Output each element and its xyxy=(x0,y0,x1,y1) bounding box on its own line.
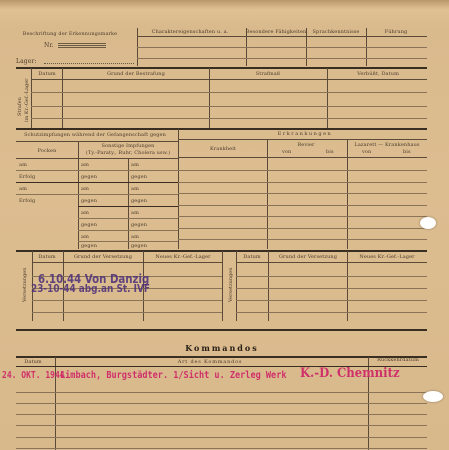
id-tag-label: Beschriftung der Erkennungsmarke xyxy=(23,31,117,37)
rule xyxy=(178,193,427,194)
rule xyxy=(137,36,427,37)
punch-hole xyxy=(420,217,436,229)
nr-line xyxy=(58,43,106,44)
rule xyxy=(16,425,427,426)
vaccinations-title: Schutzimpfungen während der Gefangenscha… xyxy=(24,132,166,138)
transfers-col-date: Datum xyxy=(38,254,55,260)
rule xyxy=(178,139,427,140)
header-col-character: Charaktereigenschaften u. a. xyxy=(152,29,229,35)
rule xyxy=(32,262,222,263)
rule xyxy=(178,216,427,217)
section-border xyxy=(16,356,427,358)
rule xyxy=(178,239,427,240)
punch-hole xyxy=(423,391,443,402)
vacc-cell: gegen xyxy=(81,198,97,204)
transfers-col-date-right: Datum xyxy=(243,254,260,260)
kommando-entry-text: Limbach, Burgstädter. 1/Sicht u. Zerleg … xyxy=(60,370,287,381)
vacc-cell: am xyxy=(81,210,89,216)
vacc-cell: Erfolg xyxy=(19,198,35,204)
rule xyxy=(78,230,178,231)
illnesses-col-illness: Krankheit xyxy=(210,146,236,152)
vaccinations-col-smallpox: Pocken xyxy=(38,148,57,154)
divider xyxy=(62,68,63,128)
section-border xyxy=(16,329,427,331)
divider xyxy=(267,139,268,249)
divider xyxy=(209,68,210,128)
vacc-cell: gegen xyxy=(131,222,147,228)
rule xyxy=(236,288,427,289)
punishments-side-label-2: im Kr.-Gef.-Lager xyxy=(24,78,30,122)
header-col-abilities: Besondere Fähigkeiten xyxy=(246,29,307,35)
rule xyxy=(16,182,178,183)
vacc-cell: am xyxy=(19,186,27,192)
rule xyxy=(178,157,427,158)
rule xyxy=(16,170,178,171)
transfers-col-new-camp-right: Neues Kr.-Gef.-Lager xyxy=(359,254,414,260)
rule xyxy=(31,92,427,93)
rule xyxy=(236,300,427,301)
rule xyxy=(16,158,178,159)
transfer-stamp-line-2: 23-10-44 abg.an St. IVF xyxy=(31,283,150,295)
rule xyxy=(137,58,427,59)
rule xyxy=(178,205,427,206)
vacc-cell: gegen xyxy=(131,198,147,204)
rule xyxy=(16,448,427,449)
kommandos-col-date: Datum xyxy=(24,359,41,365)
divider xyxy=(222,251,223,321)
rule xyxy=(78,218,178,219)
rule xyxy=(31,79,427,80)
rule xyxy=(178,170,427,171)
vacc-cell: am xyxy=(131,186,139,192)
hospital-from: von xyxy=(362,149,371,155)
rule xyxy=(32,312,222,313)
divider xyxy=(31,68,32,128)
punishments-side-label: Strafen xyxy=(17,97,23,116)
vacc-cell: gegen xyxy=(81,222,97,228)
vacc-cell: am xyxy=(81,186,89,192)
vacc-cell: am xyxy=(131,210,139,216)
divider xyxy=(178,129,179,249)
nr-line xyxy=(58,47,106,48)
header-col-languages: Sprachkenntnisse xyxy=(313,29,360,35)
divider xyxy=(128,158,129,249)
illnesses-col-hospital: Lazarett — Krankenhaus xyxy=(354,142,419,148)
transfers-col-reason-right: Grund der Versetzung xyxy=(279,254,337,260)
rule xyxy=(178,228,427,229)
revier-to: bis xyxy=(326,149,334,155)
transfers-col-new-camp: Neues Kr.-Gef.-Lager xyxy=(155,254,210,260)
nr-line xyxy=(58,45,106,46)
kommandos-col-type: Art des Kommandos xyxy=(178,359,243,365)
section-border xyxy=(16,128,427,130)
rule xyxy=(236,276,427,277)
kommando-entry-stamp: K.-D. Chemnitz xyxy=(300,366,400,381)
rule xyxy=(236,312,427,313)
rule xyxy=(31,118,427,119)
rule xyxy=(16,403,427,404)
transfers-side-label-right: Versetzungen xyxy=(228,268,234,303)
rule xyxy=(16,141,178,142)
vacc-cell: am xyxy=(19,162,27,168)
illnesses-title: Erkrankungen xyxy=(278,131,333,137)
vacc-cell: gegen xyxy=(131,174,147,180)
rule xyxy=(16,437,427,438)
rule xyxy=(236,262,427,263)
divider xyxy=(327,68,328,128)
vacc-cell: gegen xyxy=(81,174,97,180)
vacc-cell: Erfolg xyxy=(19,174,35,180)
kommando-entry-date: 24. OKT. 1944 xyxy=(2,370,65,381)
kommandos-col-return: Rückkehrdatum xyxy=(377,357,419,363)
vacc-cell: am xyxy=(131,234,139,240)
revier-from: von xyxy=(282,149,291,155)
section-border xyxy=(16,67,427,69)
rule xyxy=(78,206,178,207)
hospital-to: bis xyxy=(403,149,411,155)
kommandos-title: Kommandos xyxy=(185,343,258,353)
punishments-col-date: Datum xyxy=(38,71,55,77)
rule xyxy=(16,414,427,415)
rule xyxy=(32,300,222,301)
vaccinations-col-other: Sonstige Impfungen xyxy=(102,143,155,149)
rule xyxy=(178,182,427,183)
rule xyxy=(78,241,178,242)
pow-record-card: Beschriftung der Erkennungsmarke Nr. Lag… xyxy=(0,0,449,450)
paper-fold-shadow xyxy=(0,0,449,10)
rule xyxy=(137,47,427,48)
vaccinations-col-other-sub: (Ty.-Paraty., Ruhr, Cholera usw.) xyxy=(86,150,170,156)
rule xyxy=(16,392,427,393)
vacc-cell: am xyxy=(131,162,139,168)
rule xyxy=(16,194,178,195)
illnesses-col-revier: Revier xyxy=(297,142,314,148)
rule xyxy=(31,106,427,107)
vacc-cell: am xyxy=(81,234,89,240)
vacc-cell: am xyxy=(81,162,89,168)
punishments-col-penalty: Strafmaß xyxy=(256,71,281,77)
punishments-col-served: Verbüßt, Datum xyxy=(357,71,399,77)
punishments-col-reason: Grund der Bestrafung xyxy=(107,71,165,77)
divider xyxy=(347,139,348,249)
lager-label: Lager: xyxy=(16,58,36,65)
lager-dotted-line xyxy=(44,63,134,64)
vacc-cell: gegen xyxy=(131,243,147,249)
header-col-conduct: Führung xyxy=(385,29,408,35)
transfers-side-label: Versetzungen xyxy=(22,268,28,303)
nr-label: Nr. xyxy=(44,42,54,49)
vacc-cell: gegen xyxy=(81,243,97,249)
transfers-col-reason: Grund der Versetzung xyxy=(74,254,132,260)
